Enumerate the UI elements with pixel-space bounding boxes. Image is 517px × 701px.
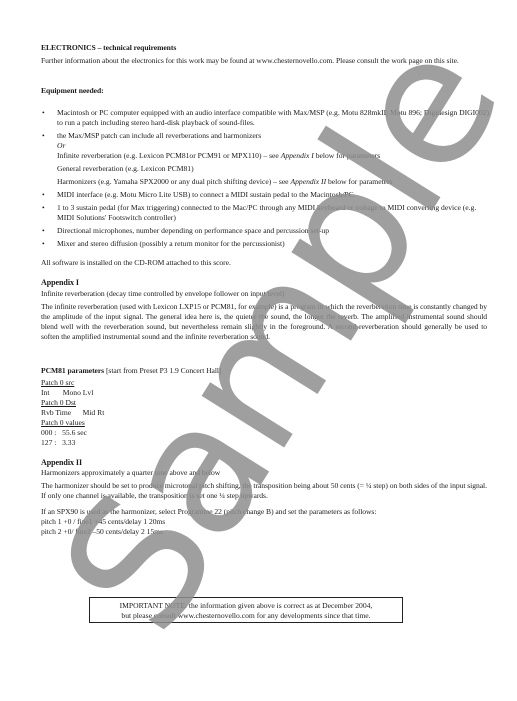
infinite-reverb-suffix: below for parameters (314, 151, 380, 160)
spx90-intro: If an SPX90 is used as the harmonizer, s… (41, 507, 487, 517)
spx90-instructions: If an SPX90 is used as the harmonizer, s… (41, 507, 487, 537)
page-title: ELECTRONICS – technical requirements (41, 43, 481, 53)
list-item: • the Max/MSP patch can include all reve… (41, 131, 491, 187)
harmonizer-suffix: below for parameters (326, 177, 392, 186)
list-item: • MIDI interface (e.g. Motu Micro Lite U… (41, 190, 491, 200)
equipment-list: • Macintosh or PC computer equipped with… (41, 108, 491, 252)
general-reverb-line: General reverberation (e.g. Lexicon PCM8… (57, 164, 491, 174)
important-note-box: IMPORTANT NOTE: the information given ab… (89, 597, 403, 623)
important-note-line-2: but please consult www.chesternovello.co… (90, 611, 402, 621)
equipment-heading: Equipment needed: (41, 86, 481, 96)
param-row: Patch 0 Dst (41, 398, 104, 408)
bullet-icon: • (42, 203, 45, 213)
appendix-1-ref: Appendix I (281, 151, 314, 160)
list-item-text: Directional microphones, number dependin… (57, 226, 329, 235)
param-row: Int Mono Lvl (41, 388, 104, 398)
list-item-text: 1 to 3 sustain pedal (for Max triggering… (57, 203, 476, 222)
appendix-2-ref: Appendix II (290, 177, 326, 186)
appendix-1-body: The infinite reverberation (used with Le… (41, 302, 487, 342)
appendix-1-title: Appendix I (41, 278, 481, 288)
appendix-2-subtitle: Harmonizers approximately a quarter tone… (41, 468, 481, 478)
infinite-reverb-line: Infinite reverberation (e.g. Lexicon PCM… (57, 151, 491, 161)
software-note: All software is installed on the CD-ROM … (41, 258, 481, 268)
param-row: Patch 0 src (41, 378, 104, 388)
list-item: • Macintosh or PC computer equipped with… (41, 108, 491, 128)
harmonizer-text: Harmonizers (e.g. Yamaha SPX2000 or any … (57, 177, 290, 186)
intro-paragraph: Further information about the electronic… (41, 56, 487, 66)
param-row: Rvb Time Mid Rt (41, 408, 104, 418)
list-item-text: the Max/MSP patch can include all reverb… (57, 131, 491, 141)
param-row: 000 : 55.6 sec (41, 428, 104, 438)
list-item: • Directional microphones, number depend… (41, 226, 491, 236)
list-item: • Mixer and stereo diffusion (possibly a… (41, 239, 491, 249)
list-item-text: MIDI interface (e.g. Motu Micro Lite USB… (57, 190, 354, 199)
pitch-1-settings: pitch 1 +0 / fine1 +45 cents/delay 1 20m… (41, 517, 487, 527)
appendix-1-subtitle: Infinite reverberation (decay time contr… (41, 289, 481, 299)
appendix-2-body: The harmonizer should be set to produce … (41, 481, 487, 501)
important-note-line-1: IMPORTANT NOTE: the information given ab… (90, 601, 402, 611)
param-row: Patch 0 values (41, 418, 104, 428)
bullet-icon: • (42, 226, 45, 236)
document-page: ELECTRONICS – technical requirements Fur… (0, 0, 517, 701)
bullet-icon: • (42, 190, 45, 200)
pcm81-title: PCM81 parameters (41, 366, 104, 375)
pcm81-preset: [start from Preset P3 1.9 Concert Hall] (104, 366, 221, 375)
list-item-text: Macintosh or PC computer equipped with a… (57, 108, 489, 127)
pitch-2-settings: pitch 2 +0/ fine2 –50 cents/delay 2 15ms (41, 527, 487, 537)
or-label: Or (57, 141, 491, 151)
bullet-icon: • (42, 131, 45, 141)
pcm81-heading: PCM81 parameters [start from Preset P3 1… (41, 366, 481, 376)
pcm81-parameters: Patch 0 src Int Mono Lvl Patch 0 Dst Rvb… (41, 378, 104, 448)
bullet-icon: • (42, 108, 45, 118)
param-row: 127 : 3.33 (41, 438, 104, 448)
list-item: • 1 to 3 sustain pedal (for Max triggeri… (41, 203, 491, 223)
infinite-reverb-text: Infinite reverberation (e.g. Lexicon PCM… (57, 151, 281, 160)
harmonizer-line: Harmonizers (e.g. Yamaha SPX2000 or any … (57, 177, 491, 187)
bullet-icon: • (42, 239, 45, 249)
appendix-2-title: Appendix II (41, 458, 481, 468)
list-item-text: Mixer and stereo diffusion (possibly a r… (57, 239, 285, 248)
